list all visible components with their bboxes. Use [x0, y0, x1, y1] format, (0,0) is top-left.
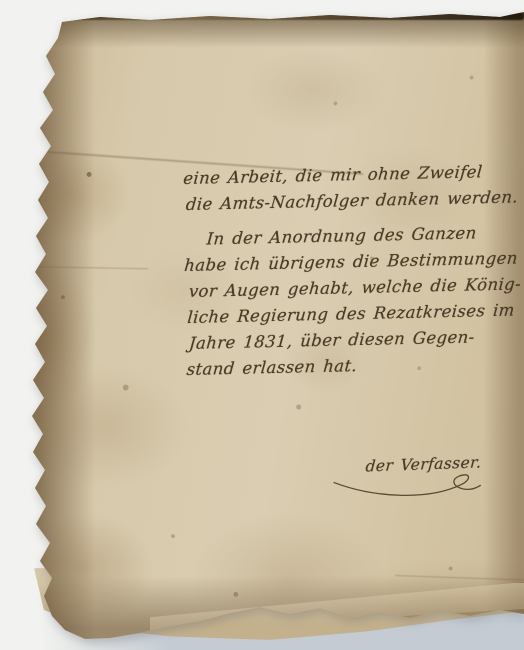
page-wrapper: eine Arbeit, die mir ohne Zweifel die Am… — [0, 0, 524, 650]
handwritten-text-block: eine Arbeit, die mir ohne Zweifel die Am… — [183, 158, 523, 383]
signature: der Verfasser. — [331, 449, 483, 506]
top-right-dark-corner — [478, 0, 524, 22]
scanned-manuscript-photo: eine Arbeit, die mir ohne Zweifel die Am… — [0, 0, 524, 650]
manuscript-page: eine Arbeit, die mir ohne Zweifel die Am… — [0, 0, 524, 646]
signature-text: der Verfasser. — [365, 449, 483, 479]
page-top-edge-shadow — [55, 13, 524, 20]
